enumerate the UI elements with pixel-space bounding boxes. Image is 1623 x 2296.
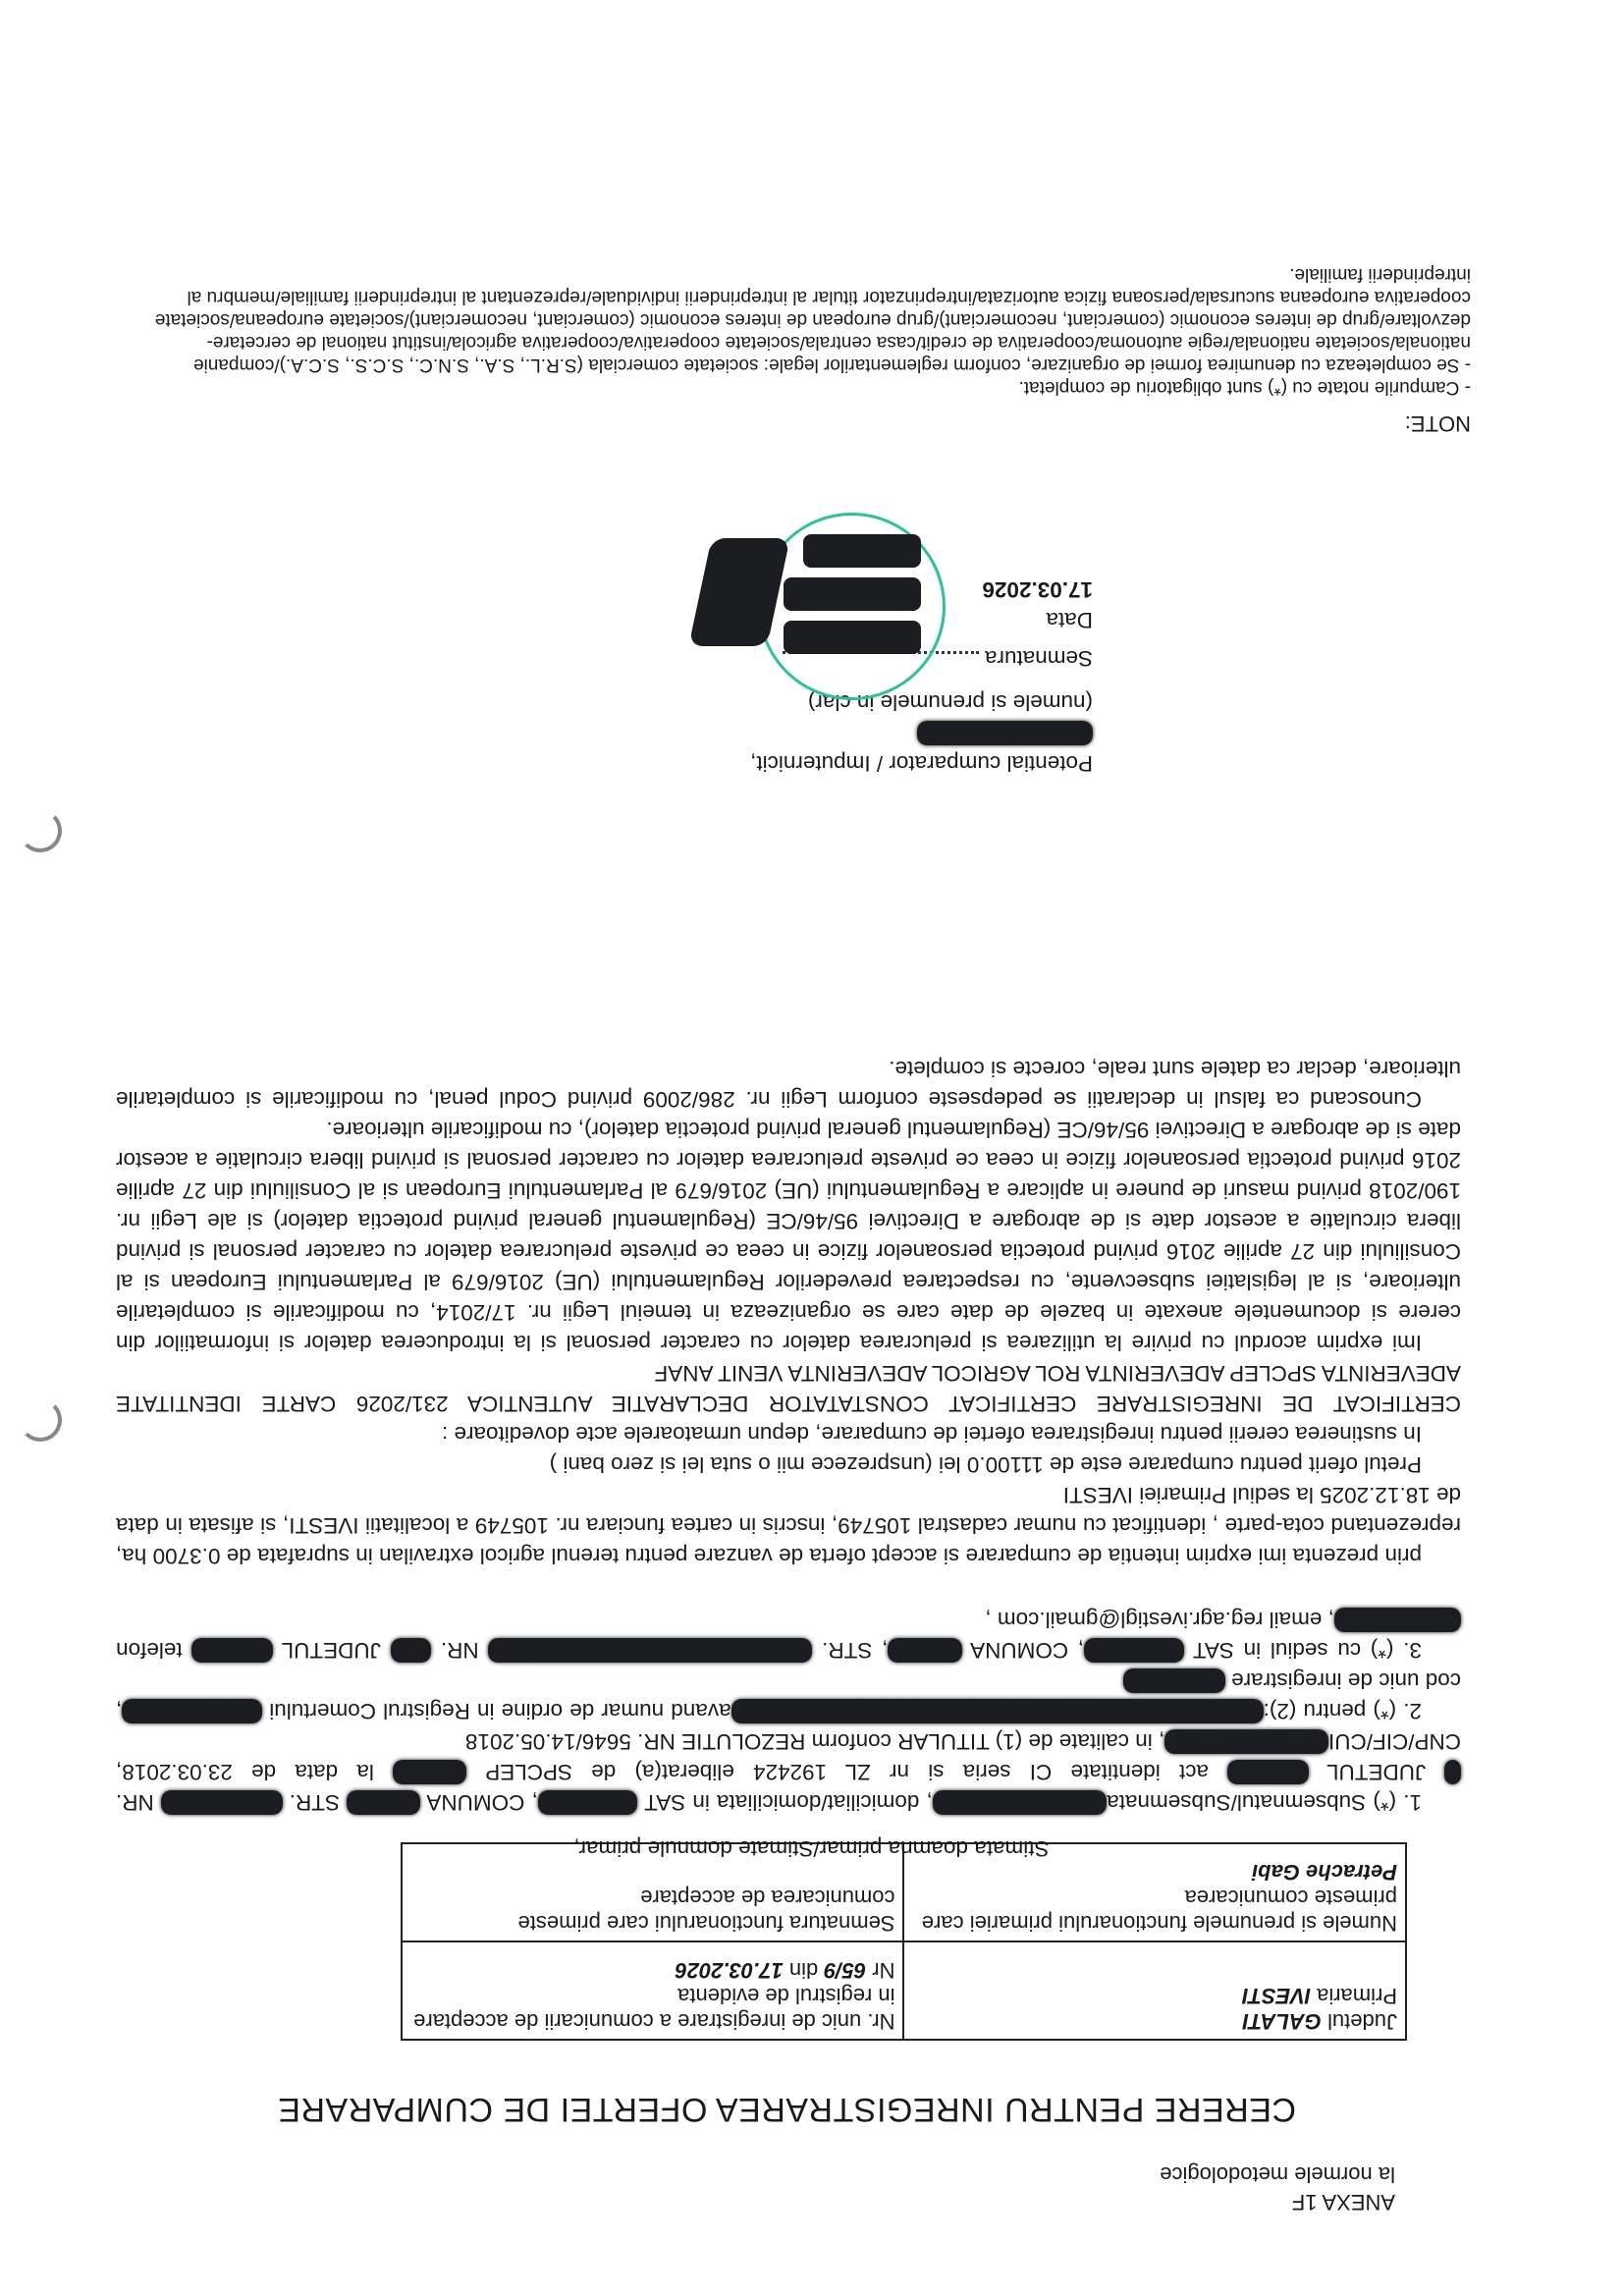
redacted-buyer-name: COMAN VIOREL — [917, 721, 1093, 745]
section-headquarters: 3. (*) cu sediul in SAT BUCESTI, COMUNA … — [116, 1605, 1461, 1666]
text: JUDETUL — [1327, 1760, 1426, 1784]
redacted-street-number: 1 — [1444, 1760, 1461, 1784]
redacted-hq-commune: IVESTI — [888, 1638, 961, 1663]
redacted-hq-street: G-RAL EREMIA GRIGORESCU — [488, 1638, 812, 1663]
section-applicant: 1. (*) Subsemnatul/SubsemnataCOMAN VIORE… — [116, 1726, 1461, 1818]
registration-number-cell: Nr. unic de inregistrare a comunicarii d… — [402, 1941, 904, 2040]
registry-table: Judetul GALATI Primaria IVESTI Nr. unic … — [401, 1842, 1407, 2041]
declaration-paragraph: Cunoscand ca falsul in declaratii se ped… — [116, 1054, 1461, 1115]
buyer-role: Potential cumparator / Imputernicit, — [680, 748, 1093, 779]
official-name-label: Numele si prenumele functionarului prima… — [913, 1885, 1398, 1936]
redacted-commune: IVESTI — [347, 1790, 420, 1815]
redacted-phone: 0732265548 — [1334, 1608, 1461, 1632]
annex-subtitle: la normele metodologice — [1160, 2160, 1395, 2188]
notes-title: NOTE: — [106, 412, 1471, 435]
scanned-document-rotated: ANEXA 1F la normele metodologice CERERE … — [0, 0, 1623, 2296]
text: 3. (*) cu sediul in SAT — [1193, 1638, 1422, 1663]
greeting: Stimata doamna primar/Stimate domnule pr… — [0, 1833, 1623, 1864]
text: 1. (*) Subsemnatul/Subsemnata — [1107, 1790, 1422, 1815]
company-stamp — [758, 513, 946, 700]
data-consent-paragraph: Imi exprim acordul cu privire la utiliza… — [116, 1115, 1461, 1358]
townhall-label: Primaria — [1317, 1984, 1397, 2008]
redacted-hq-village: BUCESTI — [1084, 1638, 1184, 1663]
text: , COMUNA — [971, 1638, 1084, 1663]
request-body: 1. (*) Subsemnatul/SubsemnataCOMAN VIORE… — [116, 1054, 1461, 1818]
registration-number-label: Nr. unic de inregistrare a comunicarii d… — [410, 1983, 895, 2034]
text: JUDETUL — [282, 1638, 380, 1663]
annex-header: ANEXA 1F la normele metodologice — [1160, 2160, 1395, 2215]
official-signature-label: Semnatura functionarului care primeste c… — [410, 1885, 895, 1936]
reg-date-prefix: din — [789, 1958, 818, 1983]
text: avand numar de ordine in Registrul Comer… — [269, 1699, 730, 1723]
offer-paragraph: prin prezenta imi exprim intentia de cum… — [116, 1480, 1461, 1571]
reg-no-prefix: Nr — [872, 1958, 894, 1983]
price-paragraph: Pretul oferit pentru cumparare este de 1… — [116, 1449, 1461, 1480]
stamp-redaction — [784, 534, 921, 654]
registration-number: 65/9 — [824, 1958, 866, 1983]
documents-list: CERTIFICAT DE INREGISTRARE CERTIFICAT CO… — [116, 1358, 1461, 1419]
text: 2. (*) pentru (2): — [1264, 1699, 1422, 1723]
annex-number: ANEXA 1F — [1160, 2188, 1395, 2215]
redacted-village: BUCESTI — [538, 1790, 638, 1815]
county-label: Judetul — [1327, 2009, 1397, 2034]
redacted-issuer: IVESTI — [393, 1760, 466, 1784]
text: , domiciliat/domiciliata in SAT — [645, 1790, 933, 1815]
county-value: GALATI — [1243, 2009, 1322, 2034]
text: STR. — [290, 1790, 340, 1815]
redacted-hq-county: GALATI — [191, 1638, 272, 1663]
text: act identitate CI seria si nr ZL 192424 … — [486, 1760, 1209, 1784]
townhall-value: IVESTI — [1242, 1984, 1311, 2008]
scan-hole-mark — [19, 1398, 62, 1442]
signature-label: Semnatura — [985, 646, 1093, 671]
county-townhall-cell: Judetul GALATI Primaria IVESTI — [904, 1941, 1407, 2040]
redacted-trade-register-no: F20/580/2017 — [122, 1699, 262, 1723]
text: , COMUNA — [428, 1790, 538, 1815]
text: , in calitate de (1) TITULAR conform REZ… — [465, 1729, 1164, 1754]
scan-hole-mark — [19, 809, 62, 852]
note-item: - Se completeaza cu denumirea formei de … — [106, 263, 1471, 376]
notes-section: NOTE: - Campurile notate cu (*) sunt obl… — [106, 263, 1471, 435]
registration-date: 17.03.2026 — [676, 1958, 784, 1983]
redacted-applicant-name: COMAN VIOREL — [933, 1790, 1107, 1815]
redacted-entity-name: COMAN V. VIOREL INTREPRINDERE INDIVIDUAL… — [731, 1699, 1264, 1723]
text: , STR. — [822, 1638, 888, 1663]
document-title: CERERE PENTRU INREGISTRAREA OFERTEI DE C… — [278, 2094, 1296, 2124]
section-entity: 2. (*) pentru (2):COMAN V. VIOREL INTREP… — [116, 1666, 1461, 1726]
text: , email reg.agr.ivestigl@gmail.com , — [985, 1608, 1333, 1632]
redacted-hq-number: 227 — [391, 1638, 432, 1663]
redacted-street: VULTUREN — [161, 1790, 283, 1815]
note-item: - Campurile notate cu (*) sunt obligator… — [106, 376, 1471, 399]
text: telefon — [116, 1638, 183, 1663]
text: NR. — [441, 1638, 479, 1663]
redacted-cui: 37480299 — [1123, 1668, 1225, 1693]
text: NR. — [116, 1790, 154, 1815]
documents-intro: In sustinerea cererii pentru inregistrar… — [116, 1419, 1461, 1449]
redacted-county: GALATI — [1227, 1760, 1308, 1784]
redacted-cnp: 1870426174031 — [1164, 1729, 1328, 1754]
